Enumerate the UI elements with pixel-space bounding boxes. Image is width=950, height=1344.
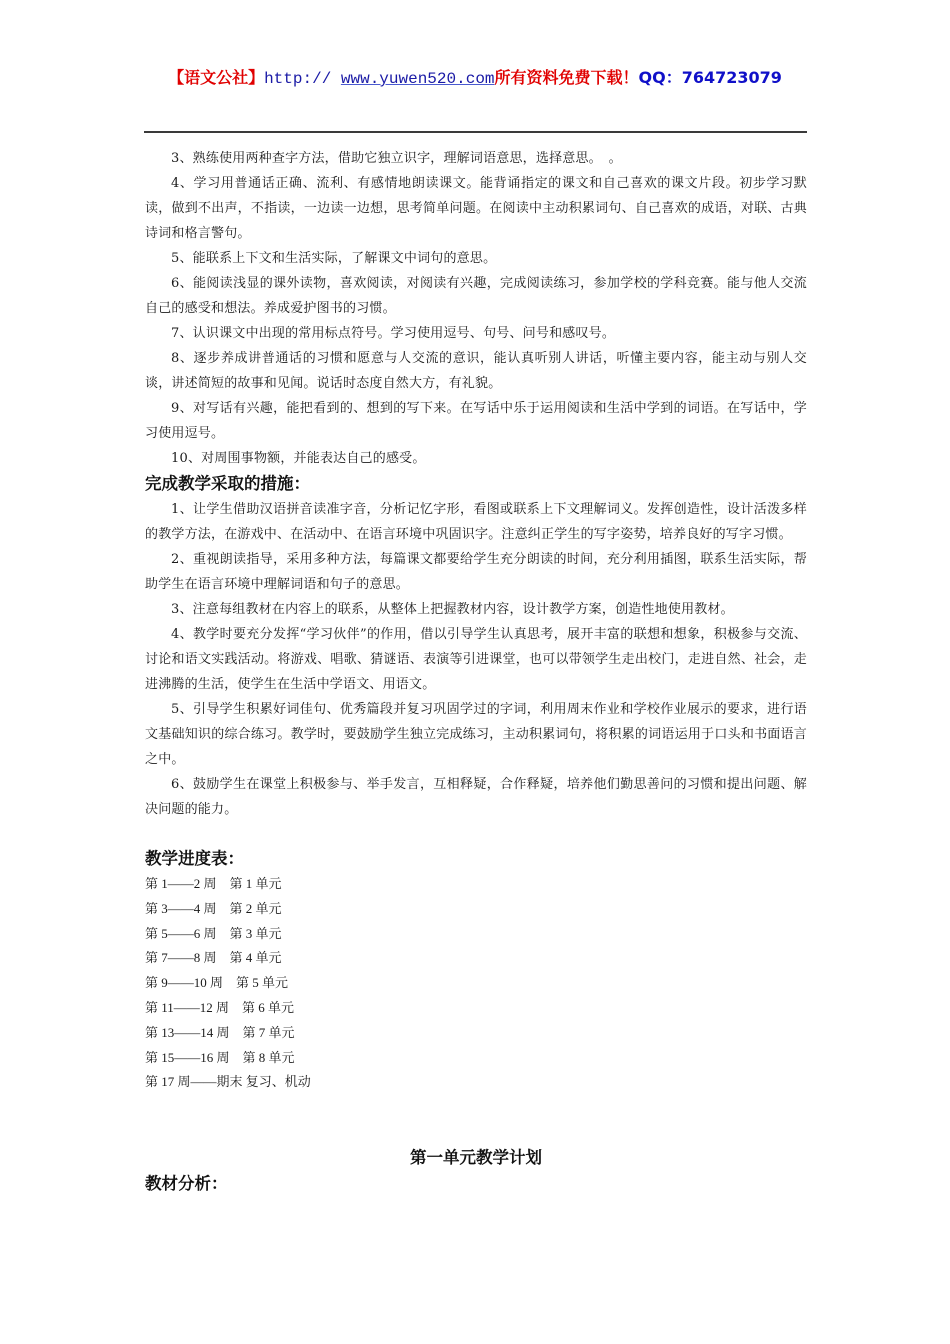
goal-item: 5、能联系上下文和生活实际，了解课文中词句的意思。 bbox=[145, 246, 807, 271]
goal-item: 8、逐步养成讲普通话的习惯和愿意与人交流的意识，能认真听别人讲话，听懂主要内容，… bbox=[145, 346, 807, 396]
measure-item: 4、教学时要充分发挥“学习伙伴”的作用，借以引导学生认真思考，展开丰富的联想和想… bbox=[145, 622, 807, 697]
measure-item: 2、重视朗读指导，采用多种方法，每篇课文都要给学生充分朗读的时间，充分利用插图，… bbox=[145, 547, 807, 597]
goal-item: 10、对周围事物额，并能表达自己的感受。 bbox=[145, 446, 807, 471]
measure-item: 3、注意每组教材在内容上的联系，从整体上把握教材内容，设计教学方案，创造性地使用… bbox=[145, 597, 807, 622]
schedule-item: 第 7——8 周 第 4 单元 bbox=[145, 946, 807, 971]
brand-label: 【语文公社】 bbox=[168, 68, 264, 87]
measure-item: 1、让学生借助汉语拼音读准字音，分析记忆字形，看图或联系上下文理解词义。发挥创造… bbox=[145, 497, 807, 547]
qq-contact: QQ：764723079 bbox=[639, 68, 782, 87]
material-analysis-heading: 教材分析： bbox=[145, 1171, 807, 1197]
goal-item: 3、熟练使用两种查字方法，借助它独立识字，理解词语意思，选择意思。 。 bbox=[145, 146, 807, 171]
goal-item: 4、学习用普通话正确、流利、有感情地朗读课文。能背诵指定的课文和自己喜欢的课文片… bbox=[145, 171, 807, 246]
site-link[interactable]: www.yuwen520.com bbox=[341, 70, 495, 88]
schedule-section: 教学进度表： 第 1——2 周 第 1 单元 第 3——4 周 第 2 单元 第… bbox=[145, 846, 807, 1095]
unit-one-title: 第一单元教学计划 bbox=[145, 1145, 807, 1171]
measures-heading: 完成教学采取的措施： bbox=[145, 471, 807, 497]
measure-item: 6、鼓励学生在课堂上积极参与、举手发言，互相释疑，合作释疑，培养他们勤思善问的习… bbox=[145, 772, 807, 822]
spacer bbox=[145, 822, 807, 846]
schedule-item: 第 9——10 周 第 5 单元 bbox=[145, 971, 807, 996]
http-prefix: http:// bbox=[264, 70, 341, 88]
schedule-item: 第 5——6 周 第 3 单元 bbox=[145, 922, 807, 947]
spacer bbox=[145, 1095, 807, 1145]
document-page: 【语文公社】http:// www.yuwen520.com所有资料免费下载！Q… bbox=[0, 0, 950, 1344]
schedule-item: 第 1——2 周 第 1 单元 bbox=[145, 872, 807, 897]
measure-item: 5、引导学生积累好词佳句、优秀篇段并复习巩固学过的字词，利用周末作业和学校作业展… bbox=[145, 697, 807, 772]
goals-section: 3、熟练使用两种查字方法，借助它独立识字，理解词语意思，选择意思。 。 4、学习… bbox=[145, 146, 807, 471]
goal-item: 9、对写话有兴趣，能把看到的、想到的写下来。在写话中乐于运用阅读和生活中学到的词… bbox=[145, 396, 807, 446]
goal-item: 6、能阅读浅显的课外读物，喜欢阅读，对阅读有兴趣，完成阅读练习，参加学校的学科竞… bbox=[145, 271, 807, 321]
page-header: 【语文公社】http:// www.yuwen520.com所有资料免费下载！Q… bbox=[0, 66, 950, 91]
free-download-text: 所有资料免费下载！ bbox=[495, 68, 639, 87]
document-body: 3、熟练使用两种查字方法，借助它独立识字，理解词语意思，选择意思。 。 4、学习… bbox=[145, 146, 807, 1197]
schedule-item: 第 13——14 周 第 7 单元 bbox=[145, 1021, 807, 1046]
schedule-heading: 教学进度表： bbox=[145, 846, 807, 872]
header-divider bbox=[144, 131, 807, 133]
schedule-item: 第 15——16 周 第 8 单元 bbox=[145, 1046, 807, 1071]
schedule-item: 第 11——12 周 第 6 单元 bbox=[145, 996, 807, 1021]
measures-section: 完成教学采取的措施： 1、让学生借助汉语拼音读准字音，分析记忆字形，看图或联系上… bbox=[145, 471, 807, 822]
schedule-item: 第 3——4 周 第 2 单元 bbox=[145, 897, 807, 922]
unit-one-section: 第一单元教学计划 教材分析： bbox=[145, 1145, 807, 1197]
schedule-item: 第 17 周——期末 复习、机动 bbox=[145, 1070, 807, 1095]
goal-item: 7、认识课文中出现的常用标点符号。学习使用逗号、句号、问号和感叹号。 bbox=[145, 321, 807, 346]
